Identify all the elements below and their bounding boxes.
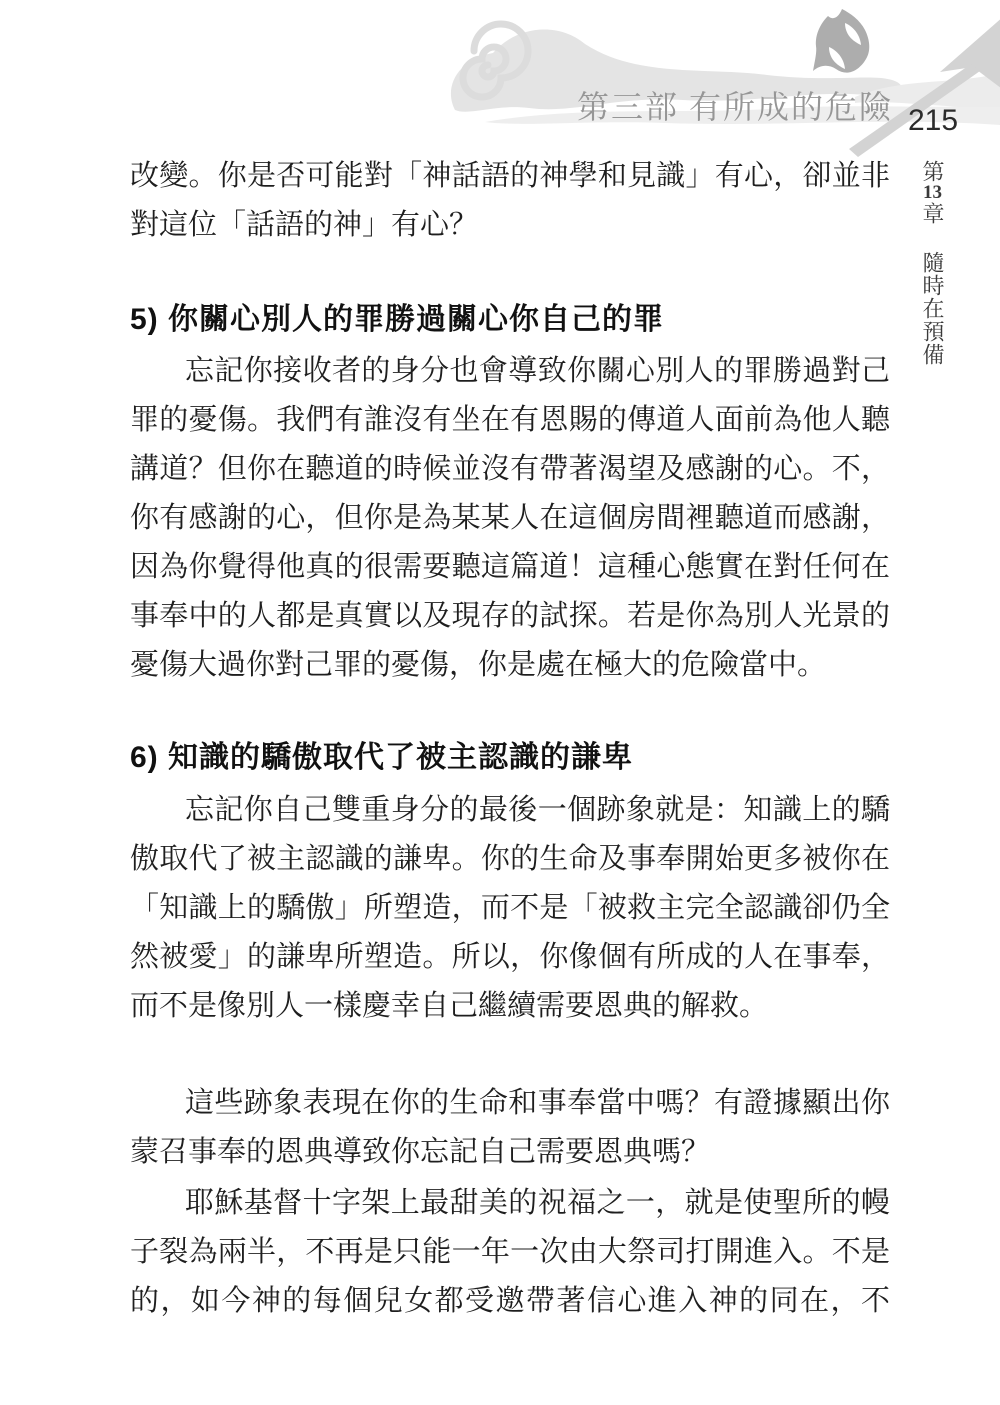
paragraph-questions: 這些跡象表現在你的生命和事奉當中嗎？有證據顯出你 蒙召事奉的恩典導致你忘記自己需… (130, 1079, 890, 1177)
section-heading-5: 5) 你關心別人的罪勝過關心你自己的罪 (130, 300, 890, 340)
chapter-prefix: 第 (920, 160, 945, 183)
text-line: 耶穌基督十字架上最甜美的祝福之一，就是使聖所的幔 (130, 1179, 890, 1228)
text-line: 這些跡象表現在你的生命和事奉當中嗎？有證據顯出你 (130, 1079, 890, 1128)
text-line: 「知識上的驕傲」所塑造，而不是「被救主完全認識卻仍全 (130, 884, 890, 933)
text-line: 事奉中的人都是真實以及現存的試探。若是你為別人光景的 (130, 592, 890, 641)
text-line: 改變。你是否可能對「神話語的神學和見識」有心，卻並非 (130, 152, 890, 201)
chapter-title: 隨時在預備 (920, 251, 945, 366)
book-page: 第三部 有所成的危險 215 第13章隨時在預備 改變。你是否可能對「神話語的神… (0, 0, 1000, 1405)
paragraph-section-5: 忘記你接收者的身分也會導致你關心別人的罪勝過對己 罪的憂傷。我們有誰沒有坐在有恩… (130, 347, 890, 690)
paragraph-continuation: 改變。你是否可能對「神話語的神學和見識」有心，卻並非 對這位「話語的神」有心？ (130, 152, 890, 250)
paragraph-section-6: 忘記你自己雙重身分的最後一個跡象就是：知識上的驕 傲取代了被主認識的謙卑。你的生… (130, 786, 890, 1031)
chapter-suffix: 章 (920, 202, 945, 225)
text-line: 蒙召事奉的恩典導致你忘記自己需要恩典嗎？ (130, 1128, 890, 1177)
text-line: 然被愛」的謙卑所塑造。所以，你像個有所成的人在事奉， (130, 933, 890, 982)
page-number: 215 (908, 104, 958, 138)
text-line: 傲取代了被主認識的謙卑。你的生命及事奉開始更多被你在 (130, 835, 890, 884)
text-line: 忘記你自己雙重身分的最後一個跡象就是：知識上的驕 (130, 786, 890, 835)
text-line: 而不是像別人一樣慶幸自己繼續需要恩典的解救。 (130, 982, 890, 1031)
section-heading-6: 6) 知識的驕傲取代了被主認識的謙卑 (130, 738, 890, 778)
text-line: 你有感謝的心，但你是為某某人在這個房間裡聽道而感謝， (130, 494, 890, 543)
running-head-section-title: 第三部 有所成的危險 (577, 82, 893, 128)
chapter-number: 13 (922, 183, 943, 202)
paragraph-final: 耶穌基督十字架上最甜美的祝福之一，就是使聖所的幔 子裂為兩半，不再是只能一年一次… (130, 1179, 890, 1326)
text-line: 的，如今神的每個兒女都受邀帶著信心進入神的同在，不 (130, 1277, 890, 1326)
text-line: 子裂為兩半，不再是只能一年一次由大祭司打開進入。不是 (130, 1228, 890, 1277)
text-line: 講道？但你在聽道的時候並沒有帶著渴望及感謝的心。不， (130, 445, 890, 494)
text-line: 憂傷大過你對己罪的憂傷，你是處在極大的危險當中。 (130, 641, 890, 690)
text-line: 忘記你接收者的身分也會導致你關心別人的罪勝過對己 (130, 347, 890, 396)
chapter-marker-vertical: 第13章隨時在預備 (917, 160, 948, 366)
text-line: 因為你覺得他真的很需要聽這篇道！這種心態實在對任何在 (130, 543, 890, 592)
text-line: 罪的憂傷。我們有誰沒有坐在有恩賜的傳道人面前為他人聽 (130, 396, 890, 445)
text-line: 對這位「話語的神」有心？ (130, 201, 890, 250)
